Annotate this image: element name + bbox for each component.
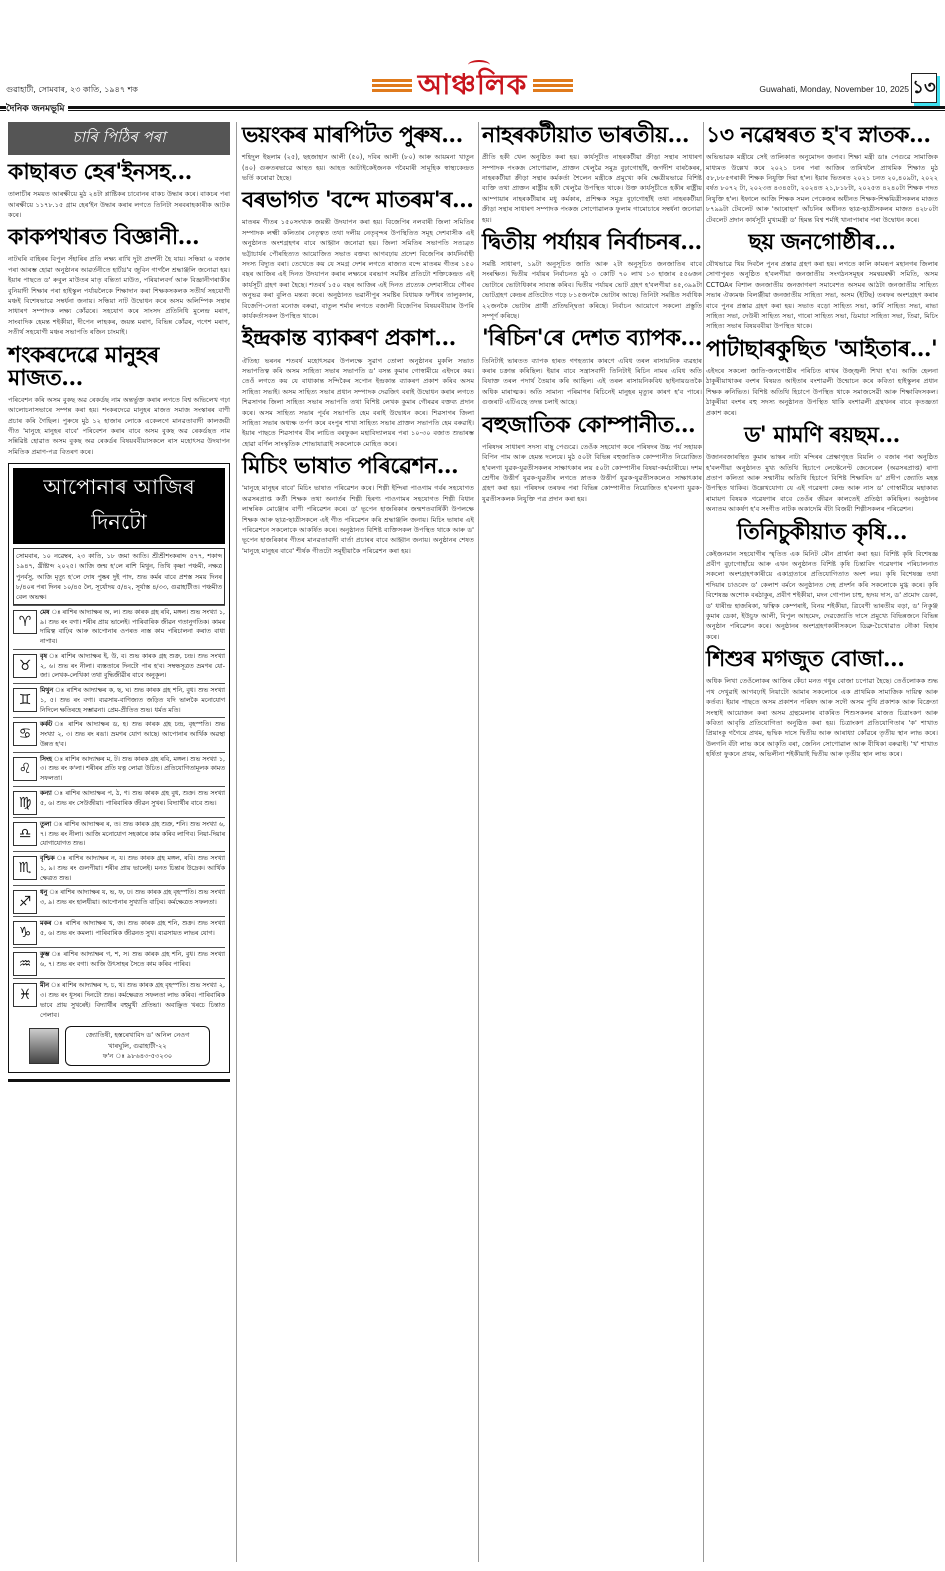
sign-name: তুলা	[40, 821, 51, 828]
zodiac-entry: ♐ধনু ঃ ৰাশিৰ আদ্যাক্ষৰ য, ভ, ফ, ঢ। শুভ ক…	[13, 885, 225, 916]
sign-text: ৰাশিৰ আদ্যাক্ষৰ ড, হ। শুভ কাৰক গ্ৰহ চন্দ…	[40, 721, 225, 748]
sagittarius-icon: ♐	[13, 890, 37, 914]
assamese-date: গুৱাহাটী, সোমবাৰ, ২৩ কাতি, ১৯৪৭ শক	[6, 84, 138, 97]
astrologer-phone: ফ'ন ঃ ৯৮৬৪৩-৫৩২৩০	[74, 1051, 201, 1062]
masthead-rule	[0, 106, 945, 111]
sign-text: ৰাশিৰ আদ্যাক্ষৰ ৰ, ত। শুভ কাৰক গ্ৰহ শুক্…	[40, 821, 225, 848]
article-headline: বৰভাগত 'বন্দে মাতৰম'ৰ...	[242, 189, 474, 212]
newspaper-logo: আঞ্চলিক	[355, 66, 590, 106]
article: ১৩ নৱেম্বৰত হ'ব স্নাতক... অভিভাৱক মন্ত্ৰ…	[706, 124, 938, 225]
horoscope-title: আপোনাৰ আজিৰ দিনটো	[13, 468, 225, 544]
column-2: ভয়ংকৰ মাৰপিটত পুৰুষ... শহিদুল ইছলাম (২৫…	[242, 122, 474, 562]
article-headline: ছয় জনগোষ্ঠীৰ...	[706, 231, 938, 254]
zodiac-entry: ♎তুলা ঃ ৰাশিৰ আদ্যাক্ষৰ ৰ, ত। শুভ কাৰক গ…	[13, 817, 225, 851]
article-headline: ১৩ নৱেম্বৰত হ'ব স্নাতক...	[706, 124, 938, 147]
article-body: কেইজনমান সহযোগীৰ স্মৃতিত এক মিনিট মৌন প্…	[706, 549, 938, 643]
section-band: চাৰি পিঠিৰ পৰা	[8, 122, 230, 155]
article-body: অভিভাৱক মন্ত্ৰীয়ে সেই তালিকাত অনুমোদন জ…	[706, 152, 938, 225]
article: কাকপথাৰত বিজ্ঞানী... নাটঘৰি বাহিৰৰ বিপুল…	[8, 226, 230, 337]
article-headline: কাছাৰত হেৰ'ইনসহ...	[8, 161, 230, 184]
article-body: পৰিষদৰ সাধাৰণ সদস্য বাছু পেগুৱে। তেওঁক স…	[482, 442, 702, 504]
article: বহুজাতিক কোম্পানীত... পৰিষদৰ সাধাৰণ সদস্…	[482, 414, 702, 505]
article-body: তিনিটাই ভাৰতত ব্যাপক হাৰত গণহত্যাৰ কাৰণে…	[482, 356, 702, 408]
article-headline: কাকপথাৰত বিজ্ঞানী...	[8, 226, 230, 249]
article: তিনিচুকীয়াত কৃষি... কেইজনমান সহযোগীৰ স্…	[706, 521, 938, 643]
zodiac-entry: ♋কৰ্কট ঃ ৰাশিৰ আদ্যাক্ষৰ ড, হ। শুভ কাৰক …	[13, 717, 225, 751]
column-divider	[236, 122, 237, 1562]
article-body: অধিক লিখা তেওঁলোকৰ আজিৰ কেঁচা মনত গধুৰ ব…	[706, 676, 938, 759]
bird-icon	[468, 60, 490, 70]
article: নাহৰকটীয়াত ভাৰতীয়... প্ৰীতি হকী খেল অন…	[482, 124, 702, 225]
capricorn-icon: ♑	[13, 921, 37, 945]
page-number: ১৩	[911, 73, 937, 103]
sign-name: ধনু	[40, 889, 47, 896]
sign-text: ৰাশিৰ আদ্যাক্ষৰ দ, চ, থ। শুভ কাৰক গ্ৰহ ব…	[40, 982, 225, 1018]
aries-icon: ♈	[13, 610, 37, 634]
taurus-icon: ♉	[13, 654, 37, 678]
zodiac-entry: ♈মেষ ঃ ৰাশিৰ আদ্যাক্ষৰ অ, ল। শুভ কাৰক গ্…	[13, 605, 225, 649]
zodiac-entry: ♓মীন ঃ ৰাশিৰ আদ্যাক্ষৰ দ, চ, থ। শুভ কাৰক…	[13, 978, 225, 1022]
sign-name: কন্যা	[40, 790, 52, 797]
sign-text: ৰাশিৰ আদ্যাক্ষৰ ই, উ, ব। শুভ কাৰক গ্ৰহ শ…	[40, 653, 225, 680]
zodiac-entry: ♑মকৰ ঃ ৰাশিৰ আদ্যাক্ষৰ খ, জ। শুভ কাৰক গ্…	[13, 916, 225, 947]
logo-left-bars	[372, 79, 412, 93]
astrologer-photo	[29, 1028, 59, 1064]
article-headline: নাহৰকটীয়াত ভাৰতীয়...	[482, 124, 702, 147]
article: শিশুৰ মগজুত বোজা... অধিক লিখা তেওঁলোকৰ আ…	[706, 648, 938, 759]
article-headline: শংকৰদেৱে মানুহৰ মাজত...	[8, 344, 230, 390]
horoscope-box: আপোনাৰ আজিৰ দিনটো সোমবাৰ, ১০ নৱেম্বৰ, ২৩…	[8, 463, 230, 1073]
sign-text: ৰাশিৰ আদ্যাক্ষৰ প, ঠ, ণ। শুভ কাৰক গ্ৰহ ব…	[40, 790, 225, 807]
article-body: নাটঘৰি বাহিৰৰ বিপুল সঁহাৰিৰ প্ৰতি লক্ষ্য…	[8, 254, 230, 337]
astrologer-credit: জ্যোতিষী, হস্তৰেখাবিদ ড' অনিল নেওগ খাৰঘু…	[29, 1026, 225, 1066]
gemini-icon: ♊	[13, 688, 37, 712]
article: মিচিং ভাষাত পৰিৱেশন... 'মানুহে মানুহৰ বা…	[242, 455, 474, 556]
article: কাছাৰত হেৰ'ইনসহ... তালাচীৰ সময়ত আৰক্ষীয…	[8, 161, 230, 220]
article-body: ঐতিহ্য ভৰনৰ শতবৰ্ষ মহোৎসৱৰ উপলক্ষে সুৱাগ…	[242, 356, 474, 450]
zodiac-entry: ♊মিথুন ঃ ৰাশিৰ আদ্যাক্ষৰ ক, ছ, ঘ। শুভ কা…	[13, 683, 225, 717]
article: ইন্দ্ৰকান্ত ব্যাকৰণ প্ৰকাশ... ঐতিহ্য ভৰন…	[242, 327, 474, 449]
article-body: 'মানুহে মানুহৰ বাবে' মিচিং ভাষাত পৰিৱেশন…	[242, 483, 474, 556]
sign-name: মেষ	[40, 609, 50, 616]
zodiac-entry: ♍কন্যা ঃ ৰাশিৰ আদ্যাক্ষৰ প, ঠ, ণ। শুভ কা…	[13, 786, 225, 817]
article-headline: তিনিচুকীয়াত কৃষি...	[706, 521, 938, 544]
sign-text: ৰাশিৰ আদ্যাক্ষৰ অ, ল। শুভ কাৰক গ্ৰহ ৰবি,…	[40, 609, 225, 645]
article-headline: ইন্দ্ৰকান্ত ব্যাকৰণ প্ৰকাশ...	[242, 327, 474, 350]
article-headline: মিচিং ভাষাত পৰিৱেশন...	[242, 455, 474, 478]
paper-name: দৈনিক জনমভূমি	[6, 101, 68, 116]
article-body: এইদৰে সকলো জাতি-জনগোষ্ঠীৰ পৰিচিত ৰাখৰ উজ…	[706, 366, 938, 418]
zodiac-entry: ♒কুম্ভ ঃ ৰাশিৰ আদ্যাক্ষৰ গ, শ, স। শুভ কা…	[13, 947, 225, 978]
sign-name: মিথুন	[40, 687, 53, 694]
sign-text: ৰাশিৰ আদ্যাক্ষৰ য, ভ, ফ, ঢ। শুভ কাৰক গ্ৰ…	[40, 889, 225, 906]
column-divider	[478, 122, 479, 1562]
article: ভয়ংকৰ মাৰপিটত পুৰুষ... শহিদুল ইছলাম (২৫…	[242, 124, 474, 183]
scorpio-icon: ♏	[13, 856, 37, 880]
article-headline: দ্বিতীয় পৰ্যায়ৰ নিৰ্বাচনৰ...	[482, 231, 702, 254]
sign-name: কুম্ভ	[40, 951, 49, 958]
article-headline: শিশুৰ মগজুত বোজা...	[706, 648, 938, 671]
article-headline: ড' মামণি ৰয়ছম...	[706, 424, 938, 447]
sign-text: ৰাশিৰ আদ্যাক্ষৰ খ, জ। শুভ কাৰক গ্ৰহ শনি,…	[40, 920, 225, 937]
pisces-icon: ♓	[13, 983, 37, 1007]
sign-name: বৃশ্চিক	[40, 855, 55, 862]
article: ড' মামণি ৰয়ছম... উজানবজাৰস্থিত কুমাৰ ভা…	[706, 424, 938, 515]
column-1: চাৰি পিঠিৰ পৰা কাছাৰত হেৰ'ইনসহ... তালাচী…	[8, 122, 230, 1082]
article-body: তালাচীৰ সময়ত আৰক্ষীয়ে মুঠ ২৪টা প্লাষ্ট…	[8, 189, 230, 220]
article-body: সমষ্টি সাধাৰণ, ১৯টা অনুসূচিত জাতি আৰু ২ট…	[482, 259, 702, 321]
article-body: শহিদুল ইছলাম (২৫), ছহজাহান আলী (৫০), দবি…	[242, 152, 474, 183]
sign-name: কৰ্কট	[40, 721, 52, 728]
article: দ্বিতীয় পৰ্যায়ৰ নিৰ্বাচনৰ... সমষ্টি সা…	[482, 231, 702, 322]
article-headline: 'ৰিচিন'ৰে দেশত ব্যাপক...	[482, 327, 702, 350]
article-headline: পাটাছাৰকুছিত 'আইতাৰ...'	[706, 338, 938, 361]
english-date: Guwahati, Monday, November 10, 2025	[759, 84, 909, 94]
column-3: নাহৰকটীয়াত ভাৰতীয়... প্ৰীতি হকী খেল অন…	[482, 122, 702, 510]
astrologer-card: জ্যোতিষী, হস্তৰেখাবিদ ড' অনিল নেওগ খাৰঘু…	[65, 1026, 210, 1066]
leo-icon: ♌	[13, 757, 37, 781]
sign-text: ৰাশিৰ আদ্যাক্ষৰ ম, ট। শুভ কাৰক গ্ৰহ ৰবি,…	[40, 756, 225, 783]
aquarius-icon: ♒	[13, 952, 37, 976]
article-body: যৌথভাৱে থিয় দিবলৈ পুনৰ প্ৰস্তাৱ গ্ৰহণ ক…	[706, 259, 938, 332]
sign-text: ৰাশিৰ আদ্যাক্ষৰ ন, য। শুভ কাৰক গ্ৰহ মঙ্গ…	[40, 855, 225, 882]
article: ছয় জনগোষ্ঠীৰ... যৌথভাৱে থিয় দিবলৈ পুনৰ…	[706, 231, 938, 332]
zodiac-entry: ♏বৃশ্চিক ঃ ৰাশিৰ আদ্যাক্ষৰ ন, য। শুভ কাৰ…	[13, 851, 225, 885]
article: পাটাছাৰকুছিত 'আইতাৰ...' এইদৰে সকলো জাতি-…	[706, 338, 938, 418]
article-body: মাতৰম গীতৰ ১৫০সংখ্যক জয়ন্তী উদযাপন কৰা …	[242, 217, 474, 321]
cancer-icon: ♋	[13, 722, 37, 746]
footer-rule	[8, 1079, 230, 1082]
column-divider	[703, 122, 704, 1562]
article-headline: ভয়ংকৰ মাৰপিটত পুৰুষ...	[242, 124, 474, 147]
virgo-icon: ♍	[13, 791, 37, 815]
article: বৰভাগত 'বন্দে মাতৰম'ৰ... মাতৰম গীতৰ ১৫০স…	[242, 189, 474, 321]
sign-name: মীন	[40, 982, 49, 989]
column-4: ১৩ নৱেম্বৰত হ'ব স্নাতক... অভিভাৱক মন্ত্ৰ…	[706, 122, 938, 766]
libra-icon: ♎	[13, 822, 37, 846]
article-body: প্ৰীতি হকী খেল অনুষ্ঠিত কৰা হয়। কাৰ্যসূ…	[482, 152, 702, 225]
astrologer-name: জ্যোতিষী, হস্তৰেখাবিদ ড' অনিল নেওগ	[74, 1030, 201, 1041]
logo-right-bars	[533, 79, 573, 93]
zodiac-entry: ♉বৃষ ঃ ৰাশিৰ আদ্যাক্ষৰ ই, উ, ব। শুভ কাৰক…	[13, 649, 225, 683]
article: 'ৰিচিন'ৰে দেশত ব্যাপক... তিনিটাই ভাৰতত ব…	[482, 327, 702, 407]
sign-text: ৰাশিৰ আদ্যাক্ষৰ ক, ছ, ঘ। শুভ কাৰক গ্ৰহ শ…	[40, 687, 225, 714]
sign-name: সিংহ	[40, 756, 52, 763]
masthead: গুৱাহাটী, সোমবাৰ, ২৩ কাতি, ১৯৪৭ শক আঞ্চল…	[0, 0, 945, 120]
horoscope-intro: সোমবাৰ, ১০ নৱেম্বৰ, ২৩ কাতি, ১৮ জমা আতি।…	[13, 548, 225, 605]
zodiac-entry: ♌সিংহ ঃ ৰাশিৰ আদ্যাক্ষৰ ম, ট। শুভ কাৰক গ…	[13, 752, 225, 786]
article: শংকৰদেৱে মানুহৰ মাজত... পৰিবেশন কৰি অসম …	[8, 344, 230, 458]
article-body: উজানবজাৰস্থিত কুমাৰ ভাস্কৰ নাট্য মন্দিৰৰ…	[706, 452, 938, 514]
sign-name: বৃষ	[40, 653, 47, 660]
article-body: পৰিবেশন কৰি অসম বুকছ অৱ ৰেকৰ্ডছ নাম অন্ত…	[8, 395, 230, 457]
astrologer-address: খাৰঘুলি, গুৱাহাটী-২২	[74, 1041, 201, 1052]
sign-name: মকৰ	[40, 920, 51, 927]
sign-text: ৰাশিৰ আদ্যাক্ষৰ গ, শ, স। শুভ কাৰক গ্ৰহ শ…	[40, 951, 225, 968]
article-headline: বহুজাতিক কোম্পানীত...	[482, 414, 702, 437]
